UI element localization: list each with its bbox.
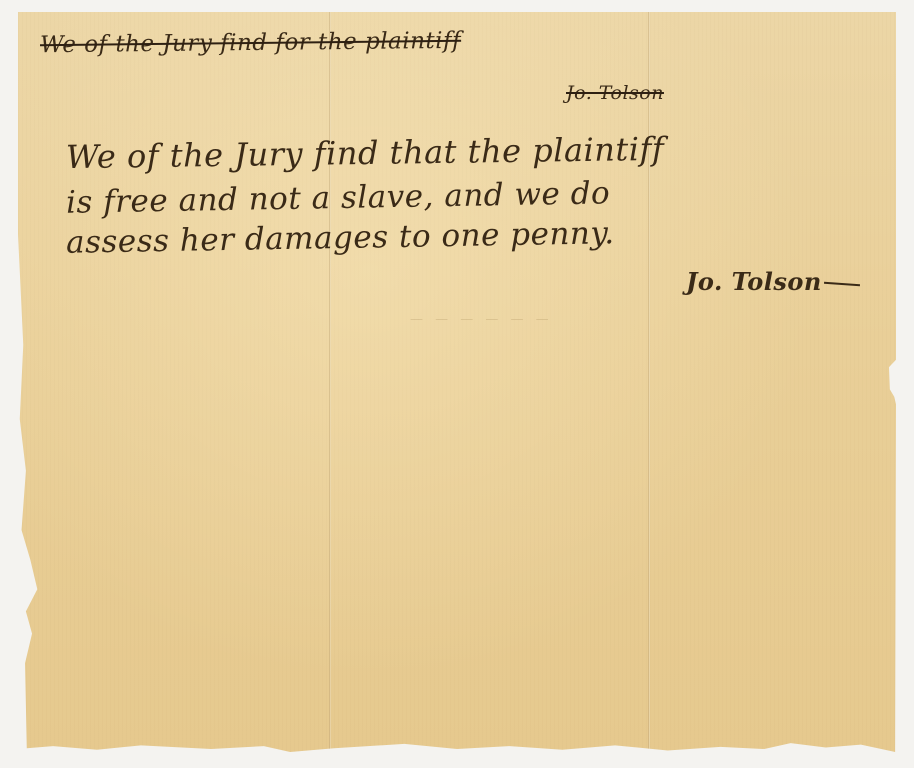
foreman-signature: Jo. Tolson: [686, 267, 860, 296]
document-scan: We of the Jury find for the plaintiff Jo…: [0, 0, 914, 768]
verdict-line-2: is free and not a slave, and we do: [66, 175, 611, 220]
fold-line-left: [329, 12, 331, 752]
verdict-line-1: We of the Jury find that the plaintiff: [66, 130, 665, 176]
fold-line-right: [648, 12, 650, 752]
struck-signature: Jo. Tolson: [566, 82, 664, 104]
paper-sheet: We of the Jury find for the plaintiff Jo…: [18, 12, 896, 752]
struck-verdict-text: We of the Jury find for the plaintiff: [40, 28, 461, 58]
bleed-through-text: — — — — — —: [410, 312, 553, 327]
verdict-line-3: assess her damages to one penny.: [66, 215, 615, 261]
